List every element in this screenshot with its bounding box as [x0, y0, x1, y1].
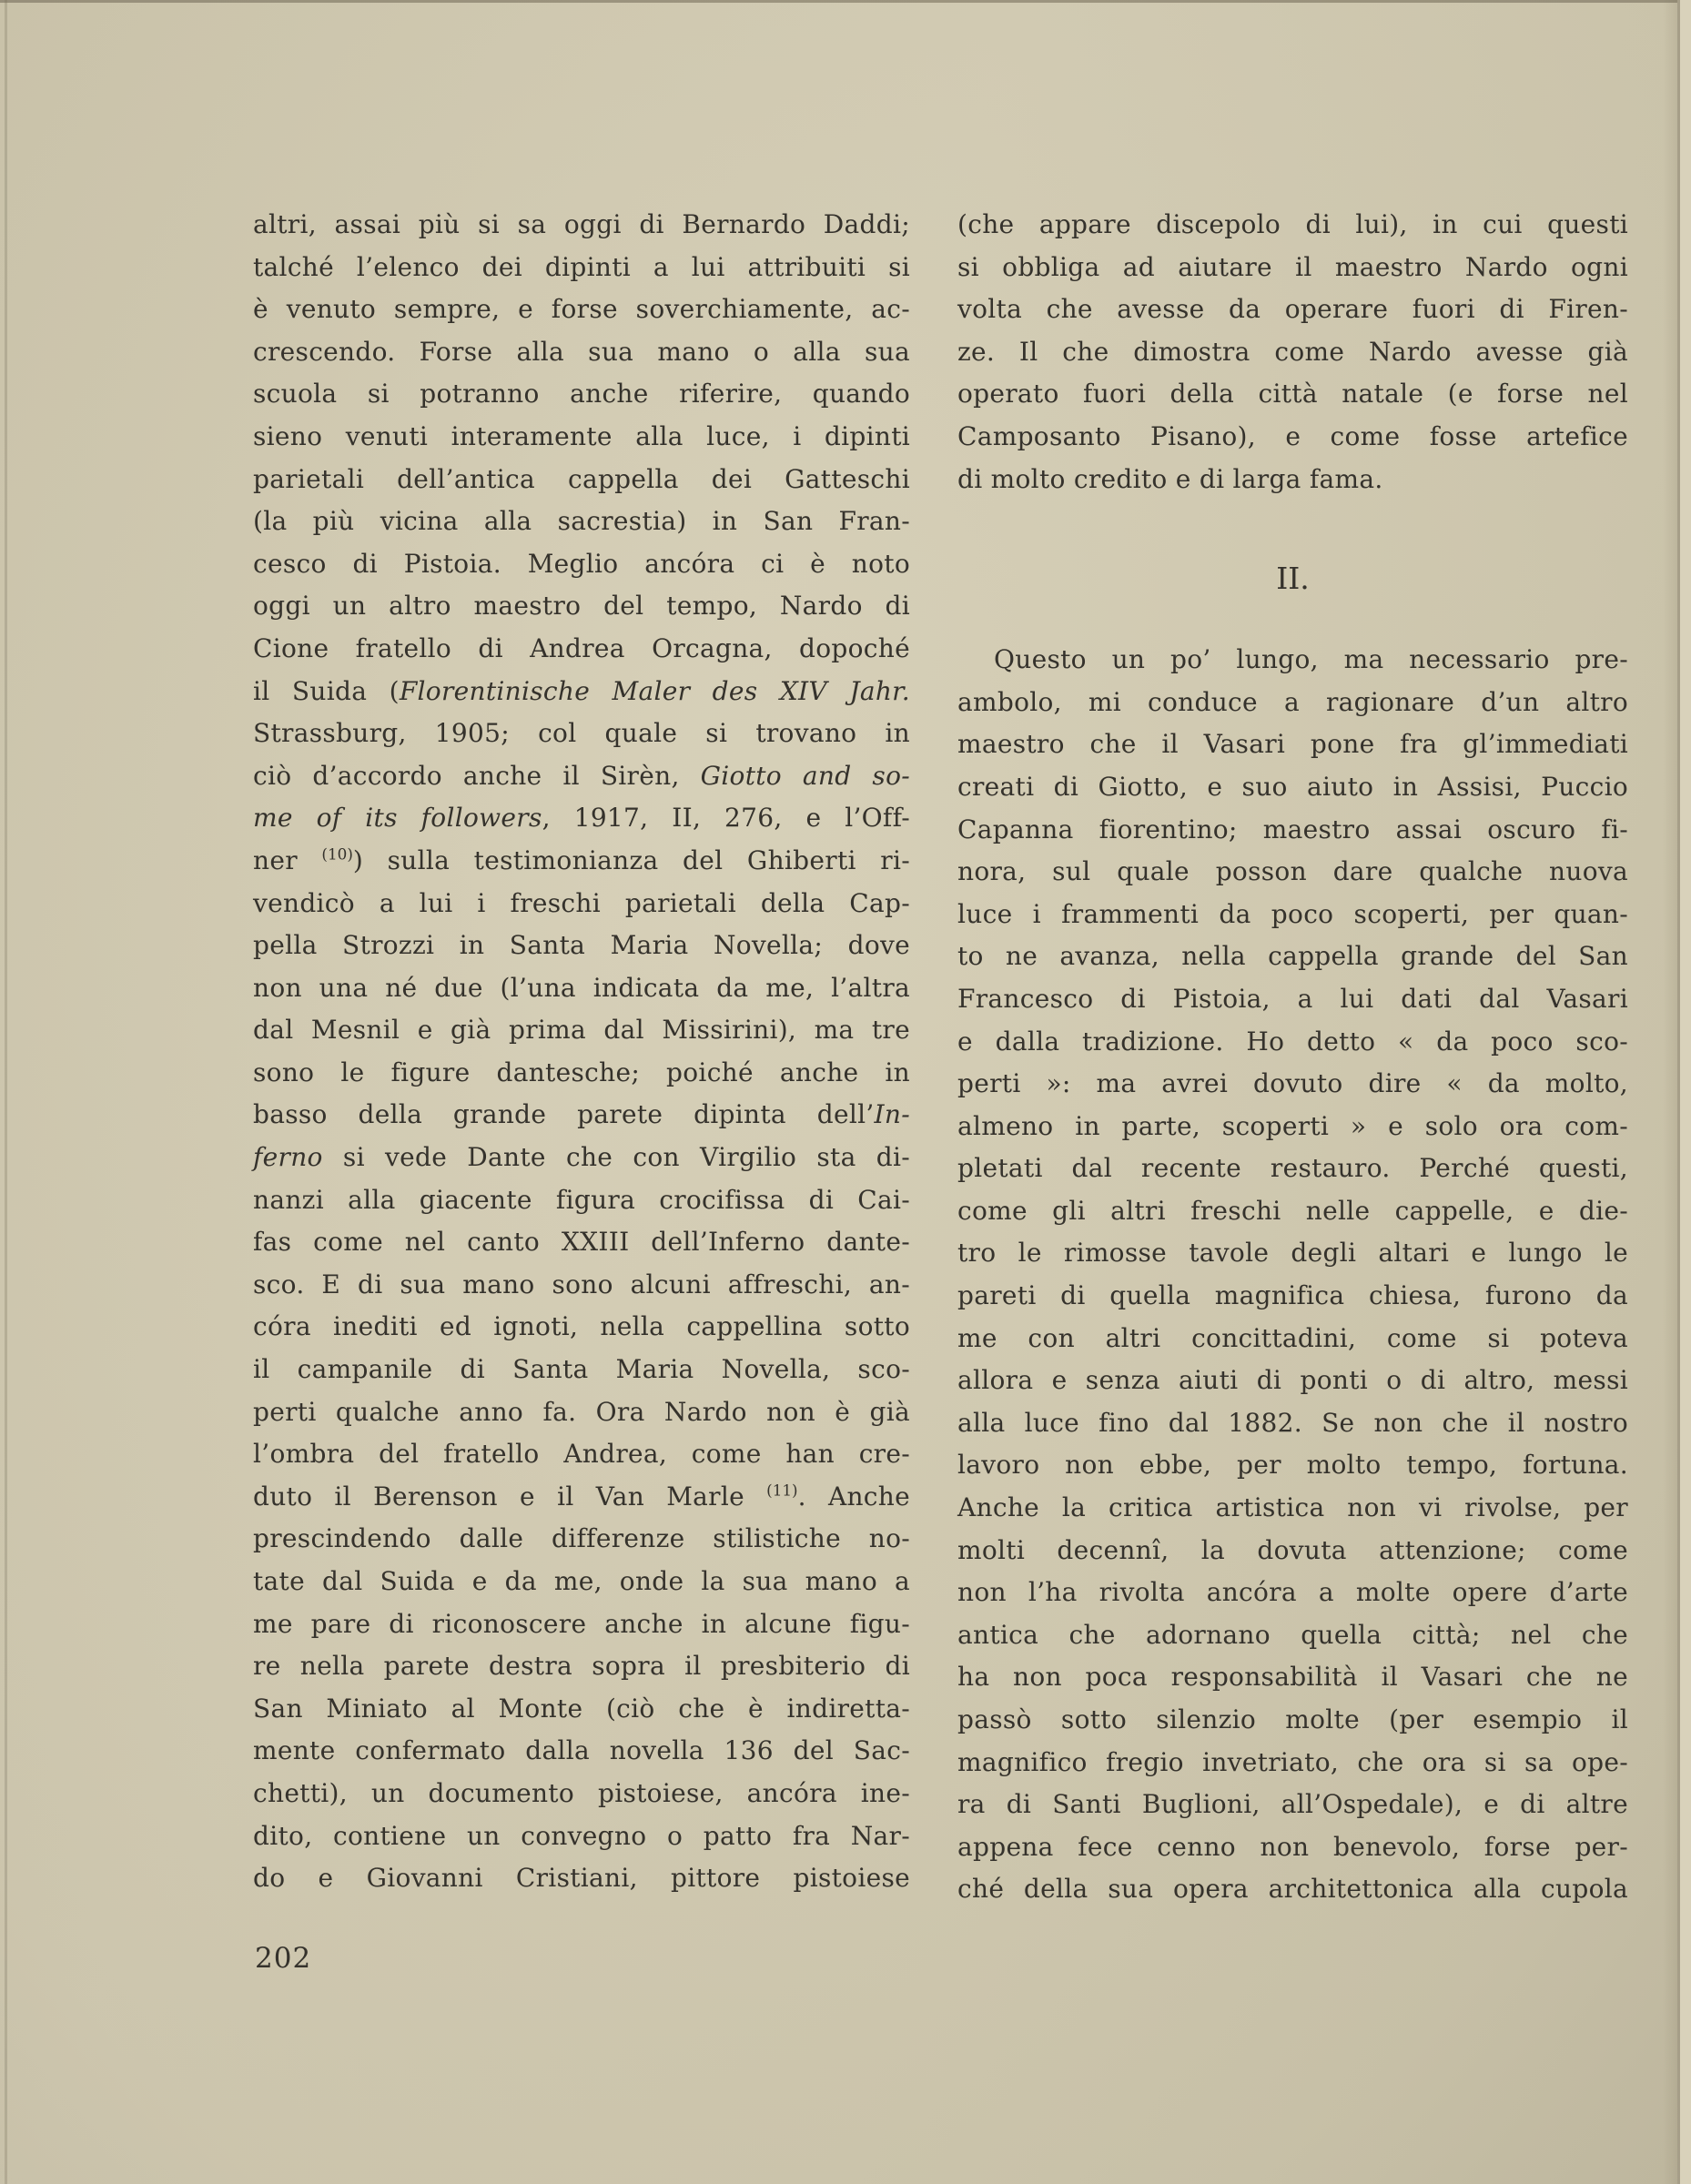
text-segment: me con altri concittadini, come si potev… [957, 1323, 1628, 1353]
text-line: non una né due (l’una indicata da me, l’… [253, 967, 910, 1010]
text-line: perti »: ma avrei dovuto dire « da molto… [957, 1063, 1628, 1106]
text-segment: l’ombra del fratello Andrea, come han cr… [253, 1439, 910, 1469]
text-segment: scuola si potranno anche riferire, quand… [253, 379, 910, 409]
text-line: córa inediti ed ignoti, nella cappellina… [253, 1306, 910, 1349]
text-segment: mente confermato dalla novella 136 del S… [253, 1735, 910, 1765]
text-segment: ra di Santi Buglioni, all’Ospedale), e d… [957, 1789, 1628, 1819]
text-line: si obbliga ad aiutare il maestro Nardo o… [957, 247, 1628, 289]
text-segment: ciò d’accordo anche il Sirèn, [253, 761, 701, 791]
text-segment: Cione fratello di Andrea Orcagna, dopoch… [253, 633, 910, 663]
text-line: magnifico fregio invetriato, che ora si … [957, 1742, 1628, 1785]
text-segment: come gli altri freschi nelle cappelle, e… [957, 1196, 1628, 1226]
text-segment: perti qualche anno fa. Ora Nardo non è g… [253, 1397, 910, 1427]
text-line: pareti di quella magnifica chiesa, furon… [957, 1275, 1628, 1318]
text-line: ze. Il che dimostra come Nardo avesse gi… [957, 331, 1628, 374]
text-line: Strassburg, 1905; col quale si trovano i… [253, 713, 910, 755]
text-line: nanzi alla giacente figura crocifissa di… [253, 1179, 910, 1222]
text-segment: oggi un altro maestro del tempo, Nardo d… [253, 591, 910, 621]
text-line: talché l’elenco dei dipinti a lui attrib… [253, 247, 910, 289]
text-segment: pletati dal recente restauro. Perché que… [957, 1153, 1628, 1183]
right-column-paragraph-2: Questo un po’ lungo, ma necessario pre-a… [957, 639, 1628, 1911]
text-line: scuola si potranno anche riferire, quand… [253, 373, 910, 416]
text-segment: (che appare discepolo di lui), in cui qu… [957, 209, 1628, 239]
text-line: non l’ha rivolta ancóra a molte opere d’… [957, 1572, 1628, 1614]
text-segment: sono le figure dantesche; poiché anche i… [253, 1057, 910, 1087]
text-segment: In- [875, 1099, 910, 1129]
text-line: (la più vicina alla sacrestia) in San Fr… [253, 500, 910, 543]
text-line: sco. E di sua mano sono alcuni affreschi… [253, 1264, 910, 1307]
text-segment: ferno [253, 1142, 323, 1172]
text-line: Cione fratello di Andrea Orcagna, dopoch… [253, 628, 910, 671]
text-segment: nanzi alla giacente figura crocifissa di… [253, 1185, 910, 1215]
text-line: Camposanto Pisano), e come fosse artefic… [957, 416, 1628, 459]
text-segment: e dalla tradizione. Ho detto « da poco s… [957, 1026, 1628, 1057]
text-line: me of its followers, 1917, II, 276, e l’… [253, 797, 910, 840]
text-line: il campanile di Santa Maria Novella, sco… [253, 1349, 910, 1391]
text-line: creati di Giotto, e suo aiuto in Assisi,… [957, 766, 1628, 809]
page-top-edge [0, 0, 1691, 3]
page-left-edge [5, 0, 7, 2184]
text-line: ha non poca responsabilità il Vasari che… [957, 1656, 1628, 1699]
text-line: ra di Santi Buglioni, all’Ospedale), e d… [957, 1784, 1628, 1826]
text-line: perti qualche anno fa. Ora Nardo non è g… [253, 1391, 910, 1434]
text-segment: ha non poca responsabilità il Vasari che… [957, 1662, 1628, 1692]
text-line: appena fece cenno non benevolo, forse pe… [957, 1826, 1628, 1869]
text-segment: magnifico fregio invetriato, che ora si … [957, 1747, 1628, 1777]
text-line: dal Mesnil e già prima dal Missirini), m… [253, 1009, 910, 1052]
text-segment: Strassburg, 1905; col quale si trovano i… [253, 718, 910, 748]
text-segment: córa inediti ed ignoti, nella cappellina… [253, 1311, 910, 1341]
text-line: luce i frammenti da poco scoperti, per q… [957, 894, 1628, 936]
text-segment: alla luce fino dal 1882. Se non che il n… [957, 1408, 1628, 1438]
text-line: almeno in parte, scoperti » e solo ora c… [957, 1106, 1628, 1148]
text-segment: sco. E di sua mano sono alcuni affreschi… [253, 1269, 910, 1299]
text-segment: non l’ha rivolta ancóra a molte opere d’… [957, 1577, 1628, 1607]
text-line: prescindendo dalle differenze stilistich… [253, 1518, 910, 1561]
text-segment: to ne avanza, nella cappella grande del … [957, 941, 1628, 971]
text-segment: appena fece cenno non benevolo, forse pe… [957, 1832, 1628, 1862]
text-segment: dito, contiene un convegno o patto fra N… [253, 1821, 910, 1851]
text-line: ambolo, mi conduce a ragionare d’un altr… [957, 682, 1628, 724]
book-page: altri, assai più si sa oggi di Bernardo … [0, 0, 1691, 2184]
text-line: chetti), un documento pistoiese, ancóra … [253, 1773, 910, 1815]
text-segment: Anche la critica artistica non vi rivols… [957, 1492, 1628, 1522]
text-line: to ne avanza, nella cappella grande del … [957, 935, 1628, 978]
adjacent-page-edge [1680, 0, 1691, 2184]
text-segment: pareti di quella magnifica chiesa, furon… [957, 1280, 1628, 1310]
text-segment: si obbliga ad aiutare il maestro Nardo o… [957, 252, 1628, 282]
text-segment: tro le rimosse tavole degli altari e lun… [957, 1238, 1628, 1268]
text-line: Questo un po’ lungo, ma necessario pre- [957, 639, 1628, 682]
text-segment: pella Strozzi in Santa Maria Novella; do… [253, 930, 910, 960]
text-line: basso della grande parete dipinta dell’I… [253, 1094, 910, 1137]
text-segment: lavoro non ebbe, per molto tempo, fortun… [957, 1450, 1628, 1480]
text-line: e dalla tradizione. Ho detto « da poco s… [957, 1021, 1628, 1064]
text-line: vendicò a lui i freschi parietali della … [253, 883, 910, 925]
text-line: ferno si vede Dante che con Virgilio sta… [253, 1137, 910, 1179]
text-line: do e Giovanni Cristiani, pittore pistoie… [253, 1857, 910, 1900]
text-line: è venuto sempre, e forse soverchiamente,… [253, 288, 910, 331]
text-segment: ze. Il che dimostra come Nardo avesse gi… [957, 337, 1628, 367]
text-line: tate dal Suida e da me, onde la sua mano… [253, 1561, 910, 1603]
text-segment: chetti), un documento pistoiese, ancóra … [253, 1778, 910, 1808]
text-line: nora, sul quale posson dare qualche nuov… [957, 851, 1628, 894]
text-line: ner (10)) sulla testimonianza del Ghiber… [253, 840, 910, 883]
text-segment: Florentinische Maler des XIV Jahr. [400, 676, 910, 706]
text-segment: (la più vicina alla sacrestia) in San Fr… [253, 506, 910, 536]
text-segment: di molto credito e di larga fama. [957, 464, 1383, 494]
text-line: allora e senza aiuti di ponti o di altro… [957, 1360, 1628, 1402]
text-line: antica che adornano quella città; nel ch… [957, 1614, 1628, 1657]
text-line: ciò d’accordo anche il Sirèn, Giotto and… [253, 755, 910, 798]
text-line: sono le figure dantesche; poiché anche i… [253, 1052, 910, 1095]
text-segment: fas come nel canto XXIII dell’Inferno da… [253, 1227, 910, 1257]
text-segment: altri, assai più si sa oggi di Bernardo … [253, 209, 910, 239]
right-column-paragraph-1: (che appare discepolo di lui), in cui qu… [957, 204, 1628, 500]
text-line: tro le rimosse tavole degli altari e lun… [957, 1232, 1628, 1275]
text-segment: non una né due (l’una indicata da me, l’… [253, 973, 910, 1003]
page-number: 202 [255, 1940, 311, 1977]
text-segment: dal Mesnil e già prima dal Missirini), m… [253, 1015, 910, 1045]
text-line: duto il Berenson e il Van Marle (11). An… [253, 1476, 910, 1519]
text-line: operato fuori della città natale (e fors… [957, 373, 1628, 416]
text-segment: volta che avesse da operare fuori di Fir… [957, 294, 1628, 324]
text-line: pletati dal recente restauro. Perché que… [957, 1148, 1628, 1190]
footnote-reference: (10) [321, 845, 352, 864]
text-segment: ché della sua opera architettonica alla … [957, 1874, 1628, 1904]
text-segment: il campanile di Santa Maria Novella, sco… [253, 1354, 910, 1384]
text-segment: allora e senza aiuti di ponti o di altro… [957, 1365, 1628, 1395]
text-segment: basso della grande parete dipinta dell’ [253, 1099, 875, 1129]
text-line: sieno venuti interamente alla luce, i di… [253, 416, 910, 459]
text-line: Anche la critica artistica non vi rivols… [957, 1487, 1628, 1530]
text-line: come gli altri freschi nelle cappelle, e… [957, 1190, 1628, 1233]
text-line: crescendo. Forse alla sua mano o alla su… [253, 331, 910, 374]
text-segment: Questo un po’ lungo, ma necessario pre- [994, 644, 1628, 674]
text-segment: tate dal Suida e da me, onde la sua mano… [253, 1566, 910, 1596]
text-line: parietali dell’antica cappella dei Gatte… [253, 459, 910, 501]
text-segment: prescindendo dalle differenze stilistich… [253, 1523, 910, 1553]
text-segment: ) sulla testimonianza del Ghiberti ri- [353, 845, 910, 875]
text-segment: ambolo, mi conduce a ragionare d’un altr… [957, 687, 1628, 717]
text-segment: operato fuori della città natale (e fors… [957, 379, 1628, 409]
text-line: ché della sua opera architettonica alla … [957, 1868, 1628, 1911]
text-segment: perti »: ma avrei dovuto dire « da molto… [957, 1068, 1628, 1098]
text-segment: Capanna fiorentino; maestro assai oscuro… [957, 814, 1628, 844]
text-line: Capanna fiorentino; maestro assai oscuro… [957, 809, 1628, 852]
text-segment: il Suida ( [253, 676, 400, 706]
text-segment: me of its followers [253, 803, 542, 833]
text-line: il Suida (Florentinische Maler des XIV J… [253, 671, 910, 713]
text-line: l’ombra del fratello Andrea, come han cr… [253, 1433, 910, 1476]
text-segment: vendicò a lui i freschi parietali della … [253, 888, 910, 918]
text-line: di molto credito e di larga fama. [957, 459, 1628, 501]
text-segment: San Miniato al Monte (ciò che è indirett… [253, 1694, 910, 1724]
text-segment: sieno venuti interamente alla luce, i di… [253, 421, 910, 451]
text-line: mente confermato dalla novella 136 del S… [253, 1730, 910, 1773]
text-line: volta che avesse da operare fuori di Fir… [957, 288, 1628, 331]
text-segment: Camposanto Pisano), e come fosse artefic… [957, 421, 1628, 451]
text-segment: ner [253, 845, 321, 875]
right-text-column: (che appare discepolo di lui), in cui qu… [957, 204, 1628, 1911]
text-line: altri, assai più si sa oggi di Bernardo … [253, 204, 910, 247]
text-segment: luce i frammenti da poco scoperti, per q… [957, 899, 1628, 929]
text-line: pella Strozzi in Santa Maria Novella; do… [253, 925, 910, 967]
left-text-column: altri, assai più si sa oggi di Bernardo … [253, 204, 910, 1900]
text-segment: creati di Giotto, e suo aiuto in Assisi,… [957, 772, 1628, 802]
text-line: lavoro non ebbe, per molto tempo, fortun… [957, 1444, 1628, 1487]
text-line: dito, contiene un convegno o patto fra N… [253, 1815, 910, 1858]
text-segment: crescendo. Forse alla sua mano o alla su… [253, 337, 910, 367]
text-segment: maestro che il Vasari pone fra gl’immedi… [957, 729, 1628, 759]
text-segment: almeno in parte, scoperti » e solo ora c… [957, 1111, 1628, 1141]
text-line: me con altri concittadini, come si potev… [957, 1318, 1628, 1360]
text-segment: Francesco di Pistoia, a lui dati dal Vas… [957, 984, 1628, 1014]
text-line: maestro che il Vasari pone fra gl’immedi… [957, 723, 1628, 766]
text-segment: parietali dell’antica cappella dei Gatte… [253, 464, 910, 494]
text-line: me pare di riconoscere anche in alcune f… [253, 1603, 910, 1646]
text-segment: nora, sul quale posson dare qualche nuov… [957, 856, 1628, 886]
text-segment: Giotto and so- [701, 761, 910, 791]
text-line: alla luce fino dal 1882. Se non che il n… [957, 1402, 1628, 1445]
text-line: San Miniato al Monte (ciò che è indirett… [253, 1688, 910, 1731]
text-line: fas come nel canto XXIII dell’Inferno da… [253, 1221, 910, 1264]
text-segment: duto il Berenson e il Van Marle [253, 1481, 766, 1512]
text-segment: cesco di Pistoia. Meglio ancóra ci è not… [253, 549, 910, 579]
text-segment: molti decennî, la dovuta attenzione; com… [957, 1535, 1628, 1565]
text-segment: , 1917, II, 276, e l’Off- [542, 803, 910, 833]
text-segment: passò sotto silenzio molte (per esempio … [957, 1704, 1628, 1734]
text-segment: me pare di riconoscere anche in alcune f… [253, 1609, 910, 1639]
text-line: Francesco di Pistoia, a lui dati dal Vas… [957, 978, 1628, 1021]
text-segment: talché l’elenco dei dipinti a lui attrib… [253, 252, 910, 282]
text-line: cesco di Pistoia. Meglio ancóra ci è not… [253, 543, 910, 586]
text-segment: re nella parete destra sopra il presbite… [253, 1651, 910, 1681]
footnote-reference: (11) [766, 1481, 797, 1499]
text-segment: do e Giovanni Cristiani, pittore pistoie… [253, 1863, 910, 1893]
text-segment: si vede Dante che con Virgilio sta di- [323, 1142, 910, 1172]
text-segment: è venuto sempre, e forse soverchiamente,… [253, 294, 910, 324]
text-line: re nella parete destra sopra il presbite… [253, 1645, 910, 1688]
text-line: passò sotto silenzio molte (per esempio … [957, 1699, 1628, 1742]
text-line: molti decennî, la dovuta attenzione; com… [957, 1530, 1628, 1572]
text-segment: antica che adornano quella città; nel ch… [957, 1620, 1628, 1650]
text-segment: . Anche [798, 1481, 910, 1512]
section-heading: II. [957, 557, 1628, 601]
page-right-edge-shadow [1663, 0, 1677, 2184]
text-line: (che appare discepolo di lui), in cui qu… [957, 204, 1628, 247]
text-line: oggi un altro maestro del tempo, Nardo d… [253, 585, 910, 628]
